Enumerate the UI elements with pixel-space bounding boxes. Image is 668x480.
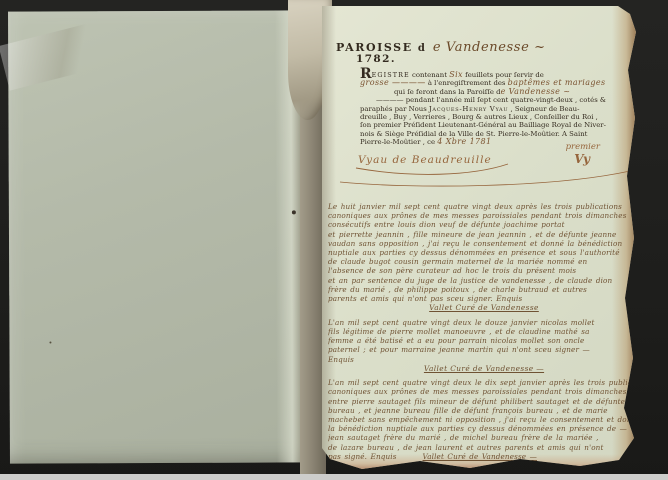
- act-line: Le huit janvier mil sept cent quatre vin…: [328, 202, 640, 211]
- signature-flourish: [322, 158, 646, 192]
- handwritten-insertion: Six: [449, 70, 463, 79]
- act-line: jean sautaget frère du marié , de michel…: [328, 433, 640, 442]
- register-page: PAROISSE d e Vandenesse ~ 1782. REGISTRE…: [322, 6, 646, 474]
- act-line: frère du marié , de philippe poitoux , d…: [328, 285, 640, 294]
- register-line: ſon premier Préſident Lieutenant-Général…: [360, 121, 622, 129]
- act-line: de lazare bureau , de jean laurent et au…: [328, 443, 640, 452]
- act-line: vaudan sans opposition , j'ai reçu le co…: [328, 239, 640, 248]
- act-line: nuptiale aux parties cy dessus dénommées…: [328, 248, 640, 257]
- printed-text: paraphés par Nous: [360, 105, 429, 113]
- photo-bottom-strip: [0, 474, 668, 480]
- year-label: 1782.: [356, 53, 396, 65]
- act-line: L'an mil sept cent quatre vingt deux le …: [328, 378, 640, 387]
- handwritten-insertion: grosse ————: [360, 78, 426, 87]
- act-line: l'absence de son père curateur ad hoc le…: [328, 266, 640, 275]
- paroisse-d: d: [418, 43, 425, 54]
- act-line: fils légitime de pierre mollet manoeuvre…: [328, 327, 640, 336]
- register-line: dreuille , Buy , Verrieres , Bourg & aut…: [360, 113, 622, 121]
- signature-premier: premier: [566, 142, 600, 152]
- act-line: entre pierre sautaget fils mineur de déf…: [328, 397, 640, 406]
- printed-text: ———— pendant l'année mil ſept cent quatr…: [376, 96, 606, 104]
- archive-photo-background: PAROISSE d e Vandenesse ~ 1782. REGISTRE…: [0, 0, 668, 480]
- act-line: bureau , et jeanne bureau fille de défun…: [328, 406, 640, 415]
- paper-speck: [292, 210, 296, 214]
- paper-speck: [49, 341, 51, 343]
- register-line: qui ſe feront dans la Paroiſſe de Vanden…: [360, 88, 622, 96]
- handwritten-acts: Le huit janvier mil sept cent quatre vin…: [328, 202, 640, 466]
- printed-text: Jacques-Henry Vyau: [429, 105, 508, 113]
- act-line: et an par sentence du juge de la justice…: [328, 276, 640, 285]
- act-line: machebet sans empêchement ni opposition …: [328, 415, 640, 424]
- act-line: paternel ; et pour marraine jeanne marti…: [328, 345, 640, 354]
- register-line: paraphés par Nous Jacques-Henry Vyau , S…: [360, 105, 622, 113]
- register-line: ———— pendant l'année mil ſept cent quatr…: [360, 96, 622, 104]
- paper-crease: [0, 14, 136, 91]
- parish-name-handwritten: e Vandenesse ~: [433, 40, 546, 55]
- cure-signature: Vallet Curé de Vandenesse —: [328, 364, 640, 374]
- act-line: canoniques aux prônes de mes messes paro…: [328, 387, 640, 396]
- register-act: Le huit janvier mil sept cent quatre vin…: [328, 202, 640, 313]
- act-line: la bénédiction nuptiale aux parties cy d…: [328, 424, 640, 433]
- register-act: L'an mil sept cent quatre vingt deux le …: [328, 318, 640, 374]
- act-line: pas signé. EnquisVallet Curé de Vandenes…: [328, 452, 640, 461]
- printed-text: ſon premier Préſident Lieutenant-Général…: [360, 121, 606, 129]
- act-line: femme a été batisé et a eu pour parrain …: [328, 336, 640, 345]
- register-printed-notice: REGISTRE contenant Six feuillets pour ſe…: [360, 70, 622, 147]
- handwritten-insertion: 4 Xbre 1781: [437, 137, 491, 146]
- cure-signature: Vallet Curé de Vandenesse —: [423, 452, 537, 461]
- act-line: parents et amis qui n'ont pas sceu signe…: [328, 294, 640, 303]
- register-line: grosse ———— à l'enregiſtrement des baptê…: [360, 79, 622, 87]
- printed-text: dreuille , Buy , Verrieres , Bourg & aut…: [360, 113, 598, 121]
- printed-text: , Seigneur de Beau-: [508, 105, 579, 113]
- left-blank-page: [8, 10, 303, 463]
- act-line: et pierrette jeannin , fille mineure de …: [328, 230, 640, 239]
- handwritten-insertion: e Vandenesse ~: [501, 87, 571, 96]
- printed-text: qui ſe feront dans la Paroiſſe d: [394, 88, 501, 96]
- act-line: L'an mil sept cent quatre vingt deux le …: [328, 318, 640, 327]
- act-line: Enquis: [328, 355, 640, 364]
- printed-text: à l'enregiſtrement des: [426, 79, 508, 87]
- cure-signature: Vallet Curé de Vandenesse: [328, 303, 640, 313]
- act-line: consécutifs entre louis dion veuf de déf…: [328, 220, 640, 229]
- act-line: de claude bugot cousin germain maternel …: [328, 257, 640, 266]
- register-act: L'an mil sept cent quatre vingt deux le …: [328, 378, 640, 461]
- act-line: canoniques aux prônes de mes messes paro…: [328, 211, 640, 220]
